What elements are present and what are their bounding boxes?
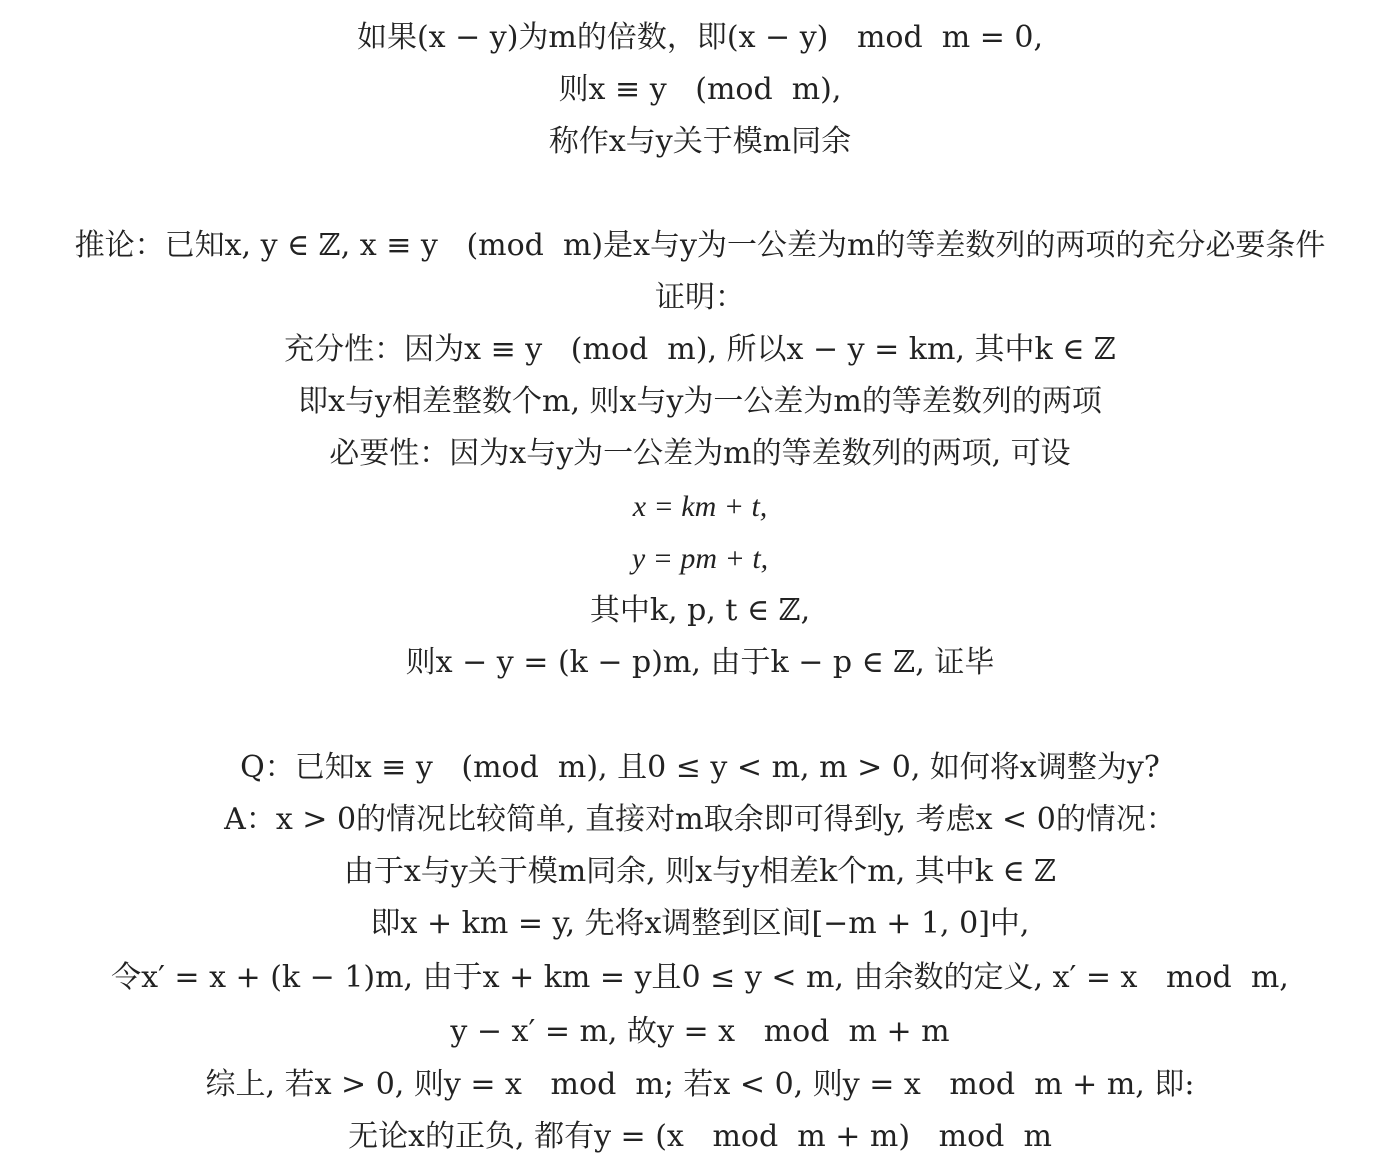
proof-line: 则x − y = (k − p)m, 由于k − p ∈ ℤ, 证毕 <box>0 643 1400 683</box>
definition-line-3: 称作x与y关于模m同余 <box>0 122 1400 162</box>
answer-line: 令x′ = x + (k − 1)m, 由于x + km = y且0 ≤ y <… <box>0 958 1400 998</box>
answer-line: 由于x与y关于模m同余, 则x与y相差k个m, 其中k ∈ ℤ <box>0 852 1400 892</box>
definition-line-2: 则x ≡ y (mod m), <box>0 70 1400 110</box>
proof-line: y = pm + t, <box>0 539 1400 579</box>
answer-line: 综上, 若x > 0, 则y = x mod m; 若x < 0, 则y = x… <box>0 1065 1400 1105</box>
answer-line: y − x′ = m, 故y = x mod m + m <box>0 1012 1400 1052</box>
proof-line: x = km + t, <box>0 487 1400 527</box>
proof-label: 证明： <box>0 278 1400 318</box>
answer-line: 即x + km = y, 先将x调整到区间[−m + 1, 0]中, <box>0 904 1400 944</box>
question-line: Q：已知x ≡ y (mod m), 且0 ≤ y < m, m > 0, 如何… <box>0 748 1400 788</box>
corollary-statement: 推论：已知x, y ∈ ℤ, x ≡ y (mod m)是x与y为一公差为m的等… <box>0 226 1400 266</box>
proof-line: 必要性：因为x与y为一公差为m的等差数列的两项, 可设 <box>0 434 1400 474</box>
proof-line: 充分性：因为x ≡ y (mod m), 所以x − y = km, 其中k ∈… <box>0 330 1400 370</box>
proof-line: 其中k, p, t ∈ ℤ, <box>0 591 1400 631</box>
answer-line: 无论x的正负, 都有y = (x mod m + m) mod m <box>0 1117 1400 1157</box>
definition-line-1: 如果(x − y)为m的倍数，即(x − y) mod m = 0, <box>0 18 1400 58</box>
proof-line: 即x与y相差整数个m, 则x与y为一公差为m的等差数列的两项 <box>0 382 1400 422</box>
answer-line: A：x > 0的情况比较简单, 直接对m取余即可得到y, 考虑x < 0的情况： <box>0 800 1400 840</box>
